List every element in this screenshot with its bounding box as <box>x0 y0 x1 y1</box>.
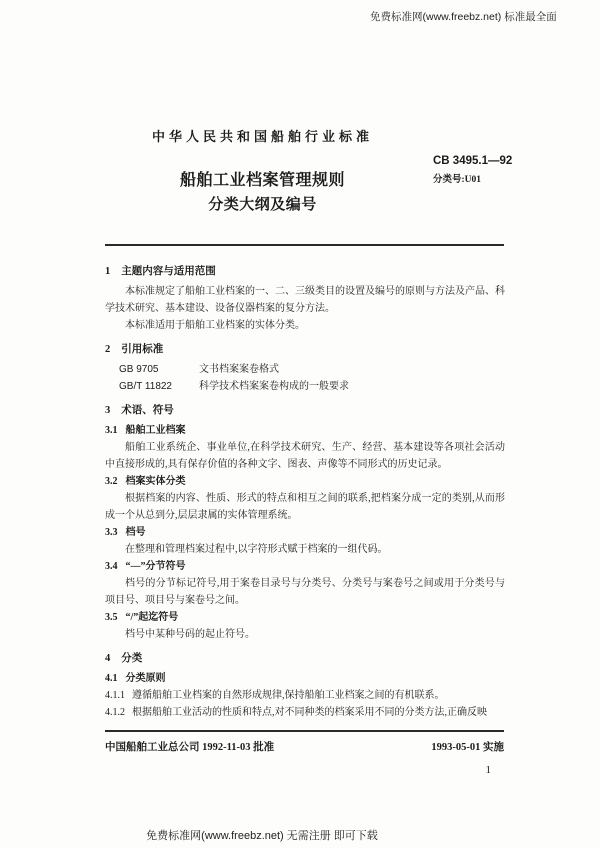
block-text: 本标准适用于船舶工业档案的实体分类。 <box>125 320 305 331</box>
block-number: 1 <box>105 266 110 277</box>
block-number: 4 <box>105 653 110 664</box>
block-number: 4.1.1 <box>105 690 125 701</box>
block-text: 术语、符号 <box>121 405 174 416</box>
block-text: 船舶工业档案 <box>126 425 186 436</box>
implementation-date: 1993-05-01 实施 <box>431 739 504 754</box>
watermark-top: 免费标准网(www.freebz.net) 标准最全面 <box>370 9 557 24</box>
reference-code: GB 9705 <box>119 361 199 378</box>
standard-class-title: 中华人民共和国船舶行业标准 <box>105 126 420 145</box>
block-text: 文书档案案卷格式 <box>199 364 279 375</box>
block-para: 根据档案的内容、性质、形式的特点和相互之间的联系,把档案分成一定的类别,从而形成… <box>105 490 505 524</box>
block-number: 4.1 <box>105 673 118 684</box>
classification-number: 分类号:U01 <box>433 171 512 185</box>
block-clause-3.3: 3.3档号 <box>105 524 505 541</box>
block-text: 遵循船舶工业档案的自然形成规律,保持船舶工业档案之间的有机联系。 <box>132 690 445 701</box>
block-numpara-4.1.1: 4.1.1遵循船舶工业档案的自然形成规律,保持船舶工业档案之间的有机联系。 <box>105 687 505 704</box>
block-para: 在整理和管理档案过程中,以字符形式赋于档案的一组代码。 <box>105 541 505 558</box>
page-number: 1 <box>105 764 491 776</box>
block-text: 在整理和管理档案过程中,以字符形式赋于档案的一组代码。 <box>125 544 388 555</box>
document-title-line1: 船舶工业档案管理规则 <box>105 167 420 190</box>
block-number: 3.1 <box>105 425 118 436</box>
block-para: 档号中某种号码的起止符号。 <box>105 626 505 643</box>
document-body: 1主题内容与适用范围本标准规定了船舶工业档案的一、二、三级类目的设置及编号的原则… <box>105 256 505 721</box>
block-text: 主题内容与适用范围 <box>121 266 216 277</box>
standard-number-block: CB 3495.1—92 分类号:U01 <box>433 155 512 185</box>
block-chapter-2: 2引用标准 <box>105 341 505 358</box>
block-chapter-4: 4分类 <box>105 650 505 667</box>
block-text: 根据船舶工业活动的性质和特点,对不同种类的档案采用不同的分类方法,正确反映 <box>132 707 487 718</box>
block-text: 科学技术档案案卷构成的一般要求 <box>199 381 349 392</box>
block-para: 本标准适用于船舶工业档案的实体分类。 <box>105 317 505 334</box>
footer-divider-rule <box>105 730 504 732</box>
block-clause-3.1: 3.1船舶工业档案 <box>105 422 505 439</box>
block-clause-3.2: 3.2档案实体分类 <box>105 473 505 490</box>
block-para: 船舶工业系统企、事业单位,在科学技术研究、生产、经营、基本建设等各项社会活动中直… <box>105 439 505 473</box>
block-number: 3.4 <box>105 561 118 572</box>
header-divider-rule <box>105 244 504 246</box>
block-text: 档号 <box>126 527 146 538</box>
block-clause-4.1: 4.1分类原则 <box>105 670 505 687</box>
block-text: 引用标准 <box>121 344 163 355</box>
block-text: 档号的分节标记符号,用于案卷目录号与分类号、分类号与案卷号之间或用于分类号与项目… <box>105 578 505 606</box>
block-text: 本标准规定了船舶工业档案的一、二、三级类目的设置及编号的原则与方法及产品、科学技… <box>105 286 505 314</box>
block-chapter-1: 1主题内容与适用范围 <box>105 263 505 280</box>
block-text: 分类原则 <box>126 673 166 684</box>
document-title-line2: 分类大纲及编号 <box>105 193 420 214</box>
block-clause-3.5: 3.5“/”起迄符号 <box>105 609 505 626</box>
block-number: 2 <box>105 344 110 355</box>
watermark-bottom: 免费标准网(www.freebz.net) 无需注册 即可下载 <box>0 827 524 843</box>
block-text: “/”起迄符号 <box>126 612 179 623</box>
block-text: 分类 <box>121 653 142 664</box>
block-text: 档号中某种号码的起止符号。 <box>125 629 255 640</box>
block-text: 档案实体分类 <box>126 476 186 487</box>
block-clause-3.4: 3.4“—”分节符号 <box>105 558 505 575</box>
standard-number: CB 3495.1—92 <box>433 155 512 167</box>
block-number: 3.3 <box>105 527 118 538</box>
block-number: 3.5 <box>105 612 118 623</box>
block-text: 根据档案的内容、性质、形式的特点和相互之间的联系,把档案分成一定的类别,从而形成… <box>105 493 505 521</box>
block-ref: GB 9705文书档案案卷格式 <box>119 361 505 378</box>
block-number: 3 <box>105 405 110 416</box>
block-text: “—”分节符号 <box>126 561 186 572</box>
approval-note: 中国船舶工业总公司 1992-11-03 批准 <box>105 739 274 754</box>
block-number: 4.1.2 <box>105 707 125 718</box>
footer-row: 中国船舶工业总公司 1992-11-03 批准 1993-05-01 实施 <box>105 739 504 754</box>
block-chapter-3: 3术语、符号 <box>105 402 505 419</box>
block-text: 船舶工业系统企、事业单位,在科学技术研究、生产、经营、基本建设等各项社会活动中直… <box>105 442 505 470</box>
block-para: 档号的分节标记符号,用于案卷目录号与分类号、分类号与案卷号之间或用于分类号与项目… <box>105 575 505 609</box>
block-number: 3.2 <box>105 476 118 487</box>
scanned-standard-page: 免费标准网(www.freebz.net) 标准最全面 中华人民共和国船舶行业标… <box>0 0 600 848</box>
block-numpara-4.1.2: 4.1.2根据船舶工业活动的性质和特点,对不同种类的档案采用不同的分类方法,正确… <box>105 704 505 721</box>
block-para: 本标准规定了船舶工业档案的一、二、三级类目的设置及编号的原则与方法及产品、科学技… <box>105 283 505 317</box>
block-ref: GB/T 11822科学技术档案案卷构成的一般要求 <box>119 378 505 395</box>
reference-code: GB/T 11822 <box>119 378 199 395</box>
